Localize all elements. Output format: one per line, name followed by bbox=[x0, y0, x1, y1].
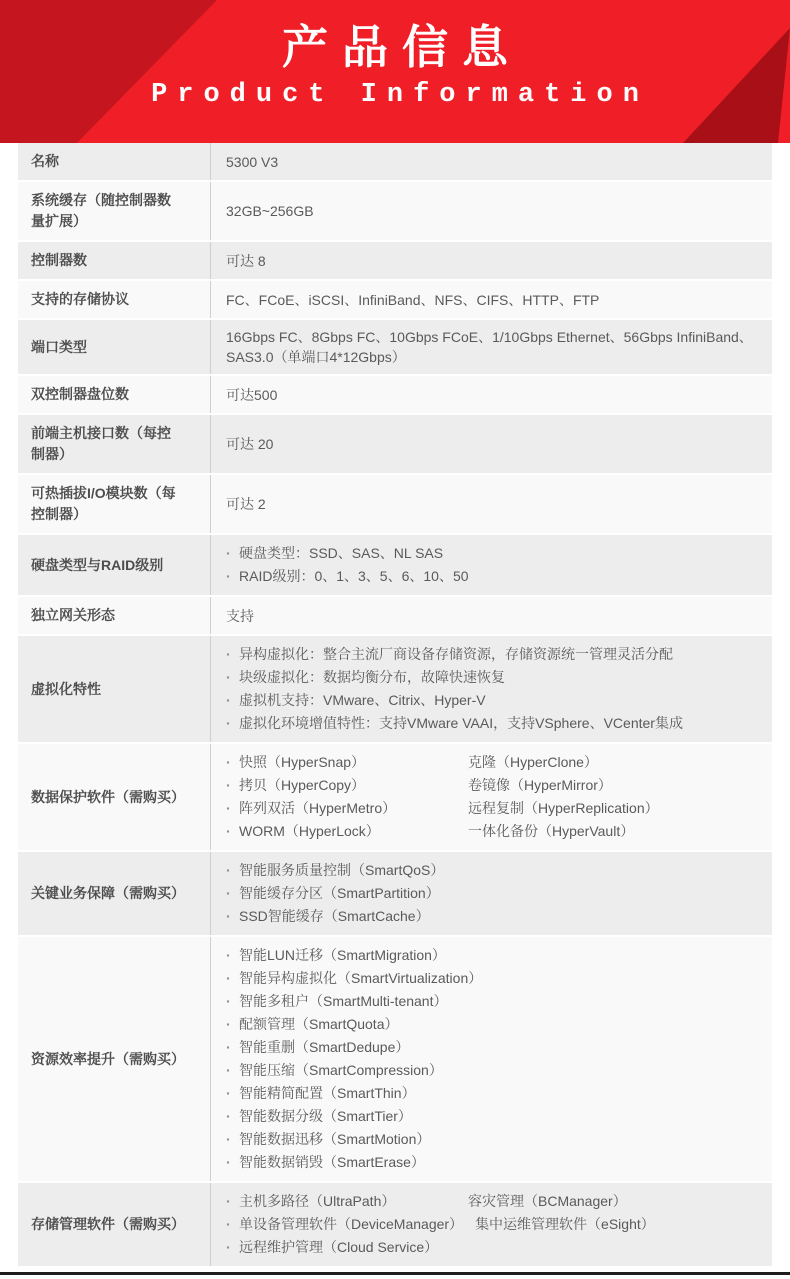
bullet-text: 配额管理（SmartQuota） bbox=[239, 1013, 398, 1036]
pair-left-text: 主机多路径（UltraPath） bbox=[239, 1190, 395, 1213]
bullet-item: ·SSD智能缓存（SmartCache） bbox=[226, 905, 754, 928]
spec-table: 名称5300 V3系统缓存（随控制器数量扩展）32GB~256GB控制器数可达 … bbox=[18, 143, 772, 1266]
bullet-item: ·虚拟机支持：VMware、Citrix、Hyper-V bbox=[226, 689, 754, 712]
bullet-icon: · bbox=[226, 990, 239, 1013]
bullet-icon: · bbox=[226, 859, 239, 882]
table-row: 前端主机接口数（每控制器）可达 20 bbox=[18, 413, 772, 473]
pair-left-item: ·拷贝（HyperCopy） bbox=[226, 774, 456, 797]
row-value: 16Gbps FC、8Gbps FC、10Gbps FCoE、1/10Gbps … bbox=[226, 327, 754, 367]
pair-left-text: 拷贝（HyperCopy） bbox=[239, 774, 365, 797]
bullet-item: ·虚拟化环境增值特性：支持VMware VAAI，支持VSphere、VCent… bbox=[226, 712, 754, 735]
bullet-text: 虚拟机支持：VMware、Citrix、Hyper-V bbox=[239, 689, 486, 712]
bullet-icon: · bbox=[226, 1151, 239, 1174]
pair-left-text: 阵列双活（HyperMetro） bbox=[239, 797, 396, 820]
bullet-item: ·智能重删（SmartDedupe） bbox=[226, 1036, 754, 1059]
row-label-cell: 前端主机接口数（每控制器） bbox=[18, 415, 211, 473]
bottom-gap bbox=[0, 1275, 790, 1279]
pair-item: ·阵列双活（HyperMetro）远程复制（HyperReplication） bbox=[226, 797, 754, 820]
row-value: FC、FCoE、iSCSI、InfiniBand、NFS、CIFS、HTTP、F… bbox=[226, 290, 754, 310]
bullet-item: ·智能服务质量控制（SmartQoS） bbox=[226, 859, 754, 882]
bullet-icon: · bbox=[226, 1013, 239, 1036]
bullet-item: ·智能数据销毁（SmartErase） bbox=[226, 1151, 754, 1174]
bullet-icon: · bbox=[226, 1190, 239, 1213]
row-value-cell: ·硬盘类型：SSD、SAS、NL SAS·RAID级别：0、1、3、5、6、10… bbox=[211, 535, 772, 595]
row-label-cell: 系统缓存（随控制器数量扩展） bbox=[18, 182, 211, 240]
table-row: 支持的存储协议FC、FCoE、iSCSI、InfiniBand、NFS、CIFS… bbox=[18, 279, 772, 318]
bullet-item: ·智能多租户（SmartMulti-tenant） bbox=[226, 990, 754, 1013]
table-row: 资源效率提升（需购买）·智能LUN迁移（SmartMigration）·智能异构… bbox=[18, 935, 772, 1181]
row-value-cell: 5300 V3 bbox=[211, 143, 772, 180]
row-label-cell: 控制器数 bbox=[18, 242, 211, 279]
bullet-text: SSD智能缓存（SmartCache） bbox=[239, 905, 430, 928]
pair-left-item: ·阵列双活（HyperMetro） bbox=[226, 797, 456, 820]
bullet-icon: · bbox=[226, 967, 239, 990]
pair-left-item: ·WORM（HyperLock） bbox=[226, 820, 456, 843]
bullet-item: ·智能LUN迁移（SmartMigration） bbox=[226, 944, 754, 967]
row-label: 可热插拔I/O模块数（每控制器） bbox=[31, 483, 180, 525]
row-label: 虚拟化特性 bbox=[31, 679, 101, 700]
page-title: 产品信息 bbox=[0, 21, 790, 74]
row-label-cell: 独立网关形态 bbox=[18, 597, 211, 634]
bullet-item: ·智能数据分级（SmartTier） bbox=[226, 1105, 754, 1128]
bullet-icon: · bbox=[226, 1059, 239, 1082]
bullet-icon: · bbox=[226, 774, 239, 797]
pair-left-item: ·快照（HyperSnap） bbox=[226, 751, 456, 774]
bullet-text: 智能数据分级（SmartTier） bbox=[239, 1105, 412, 1128]
bullet-icon: · bbox=[226, 666, 239, 689]
pair-item: ·单设备管理软件（DeviceManager）集中运维管理软件（eSight） bbox=[226, 1213, 754, 1236]
row-value-cell: 可达 20 bbox=[211, 415, 772, 473]
bullet-text: 智能数据迅移（SmartMotion） bbox=[239, 1128, 430, 1151]
table-row: 可热插拔I/O模块数（每控制器）可达 2 bbox=[18, 473, 772, 533]
bullet-item: ·配额管理（SmartQuota） bbox=[226, 1013, 754, 1036]
row-label: 名称 bbox=[31, 151, 59, 172]
bullet-text: 虚拟化环境增值特性：支持VMware VAAI，支持VSphere、VCente… bbox=[239, 712, 683, 735]
pair-left-text: 远程维护管理（Cloud Service） bbox=[239, 1236, 438, 1259]
pair-left-item: ·主机多路径（UltraPath） bbox=[226, 1190, 456, 1213]
pair-right-text: 集中运维管理软件（eSight） bbox=[475, 1213, 754, 1236]
bullet-text: 智能缓存分区（SmartPartition） bbox=[239, 882, 440, 905]
row-label: 控制器数 bbox=[31, 250, 87, 271]
bullet-text: 块级虚拟化：数据均衡分布，故障快速恢复 bbox=[239, 666, 505, 689]
row-value-cell: ·智能LUN迁移（SmartMigration）·智能异构虚拟化（SmartVi… bbox=[211, 937, 772, 1181]
pair-right-text: 远程复制（HyperReplication） bbox=[468, 797, 754, 820]
pair-left-text: 快照（HyperSnap） bbox=[239, 751, 365, 774]
pair-item: ·远程维护管理（Cloud Service） bbox=[226, 1236, 754, 1259]
bullet-icon: · bbox=[226, 1128, 239, 1151]
table-row: 存储管理软件（需购买）·主机多路径（UltraPath）容灾管理（BCManag… bbox=[18, 1181, 772, 1266]
row-label-cell: 双控制器盘位数 bbox=[18, 376, 211, 413]
pair-item: ·WORM（HyperLock）一体化备份（HyperVault） bbox=[226, 820, 754, 843]
pair-right-text bbox=[468, 1236, 754, 1259]
pair-item: ·拷贝（HyperCopy）卷镜像（HyperMirror） bbox=[226, 774, 754, 797]
bullet-icon: · bbox=[226, 712, 239, 735]
row-label-cell: 名称 bbox=[18, 143, 211, 180]
bullet-icon: · bbox=[226, 565, 239, 588]
row-value-cell: 可达500 bbox=[211, 376, 772, 413]
table-row: 硬盘类型与RAID级别·硬盘类型：SSD、SAS、NL SAS·RAID级别：0… bbox=[18, 533, 772, 595]
row-value-cell: ·智能服务质量控制（SmartQoS）·智能缓存分区（SmartPartitio… bbox=[211, 852, 772, 935]
row-label: 资源效率提升（需购买） bbox=[31, 1049, 180, 1070]
pair-right-text: 卷镜像（HyperMirror） bbox=[468, 774, 754, 797]
bullet-item: ·硬盘类型：SSD、SAS、NL SAS bbox=[226, 542, 754, 565]
row-label: 支持的存储协议 bbox=[31, 289, 129, 310]
bullet-item: ·智能缓存分区（SmartPartition） bbox=[226, 882, 754, 905]
bullet-icon: · bbox=[226, 689, 239, 712]
bullet-icon: · bbox=[226, 1082, 239, 1105]
pair-left-text: WORM（HyperLock） bbox=[239, 820, 380, 843]
bullet-text: 智能异构虚拟化（SmartVirtualization） bbox=[239, 967, 482, 990]
row-value: 可达 8 bbox=[226, 251, 754, 271]
row-label-cell: 数据保护软件（需购买） bbox=[18, 744, 211, 850]
bullet-icon: · bbox=[226, 1236, 239, 1259]
bullet-icon: · bbox=[226, 944, 239, 967]
row-label-cell: 虚拟化特性 bbox=[18, 636, 211, 742]
table-row: 关键业务保障（需购买）·智能服务质量控制（SmartQoS）·智能缓存分区（Sm… bbox=[18, 850, 772, 935]
row-value-cell: 可达 2 bbox=[211, 475, 772, 533]
bullet-text: 智能服务质量控制（SmartQoS） bbox=[239, 859, 444, 882]
bullet-item: ·智能精简配置（SmartThin） bbox=[226, 1082, 754, 1105]
row-label: 关键业务保障（需购买） bbox=[31, 883, 180, 904]
pair-left-item: ·单设备管理软件（DeviceManager） bbox=[226, 1213, 463, 1236]
table-row: 独立网关形态支持 bbox=[18, 595, 772, 634]
row-label: 端口类型 bbox=[31, 337, 87, 358]
row-label-cell: 硬盘类型与RAID级别 bbox=[18, 535, 211, 595]
table-row: 端口类型16Gbps FC、8Gbps FC、10Gbps FCoE、1/10G… bbox=[18, 318, 772, 374]
table-row: 名称5300 V3 bbox=[18, 143, 772, 180]
row-label-cell: 支持的存储协议 bbox=[18, 281, 211, 318]
pair-right-text: 一体化备份（HyperVault） bbox=[468, 820, 754, 843]
row-label: 双控制器盘位数 bbox=[31, 384, 129, 405]
bullet-icon: · bbox=[226, 882, 239, 905]
pair-right-text: 容灾管理（BCManager） bbox=[468, 1190, 754, 1213]
row-value: 可达 20 bbox=[226, 434, 754, 454]
row-label: 硬盘类型与RAID级别 bbox=[31, 555, 163, 576]
row-label: 系统缓存（随控制器数量扩展） bbox=[31, 190, 180, 232]
bullet-icon: · bbox=[226, 905, 239, 928]
row-label: 存储管理软件（需购买） bbox=[31, 1214, 180, 1235]
row-label-cell: 可热插拔I/O模块数（每控制器） bbox=[18, 475, 211, 533]
row-value-cell: FC、FCoE、iSCSI、InfiniBand、NFS、CIFS、HTTP、F… bbox=[211, 281, 772, 318]
bullet-text: 智能数据销毁（SmartErase） bbox=[239, 1151, 425, 1174]
table-row: 虚拟化特性·异构虚拟化：整合主流厂商设备存储资源，存储资源统一管理灵活分配·块级… bbox=[18, 634, 772, 742]
row-value-cell: 支持 bbox=[211, 597, 772, 634]
row-value: 32GB~256GB bbox=[226, 201, 754, 221]
bullet-icon: · bbox=[226, 1105, 239, 1128]
bullet-item: ·块级虚拟化：数据均衡分布，故障快速恢复 bbox=[226, 666, 754, 689]
bullet-text: 智能重删（SmartDedupe） bbox=[239, 1036, 409, 1059]
row-label: 前端主机接口数（每控制器） bbox=[31, 423, 180, 465]
bullet-item: ·智能压缩（SmartCompression） bbox=[226, 1059, 754, 1082]
row-label: 独立网关形态 bbox=[31, 605, 115, 626]
bullet-item: ·异构虚拟化：整合主流厂商设备存储资源，存储资源统一管理灵活分配 bbox=[226, 643, 754, 666]
pair-item: ·主机多路径（UltraPath）容灾管理（BCManager） bbox=[226, 1190, 754, 1213]
table-row: 双控制器盘位数可达500 bbox=[18, 374, 772, 413]
table-row: 控制器数可达 8 bbox=[18, 240, 772, 279]
pair-left-text: 单设备管理软件（DeviceManager） bbox=[239, 1213, 463, 1236]
bullet-text: 智能压缩（SmartCompression） bbox=[239, 1059, 443, 1082]
bullet-text: RAID级别：0、1、3、5、6、10、50 bbox=[239, 565, 469, 588]
page-subtitle: Product Information bbox=[0, 80, 790, 110]
row-value: 可达500 bbox=[226, 385, 754, 405]
row-label-cell: 端口类型 bbox=[18, 320, 211, 374]
row-value-cell: 32GB~256GB bbox=[211, 182, 772, 240]
row-label-cell: 存储管理软件（需购买） bbox=[18, 1183, 211, 1266]
bullet-item: ·智能异构虚拟化（SmartVirtualization） bbox=[226, 967, 754, 990]
bullet-item: ·RAID级别：0、1、3、5、6、10、50 bbox=[226, 565, 754, 588]
bullet-text: 智能LUN迁移（SmartMigration） bbox=[239, 944, 446, 967]
row-value: 可达 2 bbox=[226, 494, 754, 514]
row-value: 支持 bbox=[226, 606, 754, 626]
row-label-cell: 关键业务保障（需购买） bbox=[18, 852, 211, 935]
row-label-cell: 资源效率提升（需购买） bbox=[18, 937, 211, 1181]
row-value-cell: ·异构虚拟化：整合主流厂商设备存储资源，存储资源统一管理灵活分配·块级虚拟化：数… bbox=[211, 636, 772, 742]
bullet-text: 智能多租户（SmartMulti-tenant） bbox=[239, 990, 447, 1013]
pair-item: ·快照（HyperSnap）克隆（HyperClone） bbox=[226, 751, 754, 774]
row-label: 数据保护软件（需购买） bbox=[31, 787, 180, 808]
bullet-item: ·智能数据迅移（SmartMotion） bbox=[226, 1128, 754, 1151]
table-row: 数据保护软件（需购买）·快照（HyperSnap）克隆（HyperClone）·… bbox=[18, 742, 772, 850]
row-value: 5300 V3 bbox=[226, 152, 754, 172]
bullet-icon: · bbox=[226, 1036, 239, 1059]
row-value-cell: 16Gbps FC、8Gbps FC、10Gbps FCoE、1/10Gbps … bbox=[211, 320, 772, 374]
bullet-icon: · bbox=[226, 751, 239, 774]
row-value-cell: 可达 8 bbox=[211, 242, 772, 279]
bullet-text: 硬盘类型：SSD、SAS、NL SAS bbox=[239, 542, 443, 565]
row-value-cell: ·主机多路径（UltraPath）容灾管理（BCManager）·单设备管理软件… bbox=[211, 1183, 772, 1266]
page-header-banner: 产品信息 Product Information bbox=[0, 0, 790, 143]
pair-left-item: ·远程维护管理（Cloud Service） bbox=[226, 1236, 456, 1259]
table-row: 系统缓存（随控制器数量扩展）32GB~256GB bbox=[18, 180, 772, 240]
bullet-icon: · bbox=[226, 643, 239, 666]
pair-right-text: 克隆（HyperClone） bbox=[468, 751, 754, 774]
bullet-icon: · bbox=[226, 1213, 239, 1236]
bullet-icon: · bbox=[226, 542, 239, 565]
banner-text-group: 产品信息 Product Information bbox=[0, 21, 790, 110]
bullet-icon: · bbox=[226, 797, 239, 820]
row-value-cell: ·快照（HyperSnap）克隆（HyperClone）·拷贝（HyperCop… bbox=[211, 744, 772, 850]
bullet-icon: · bbox=[226, 820, 239, 843]
bullet-text: 智能精简配置（SmartThin） bbox=[239, 1082, 416, 1105]
bullet-text: 异构虚拟化：整合主流厂商设备存储资源，存储资源统一管理灵活分配 bbox=[239, 643, 673, 666]
